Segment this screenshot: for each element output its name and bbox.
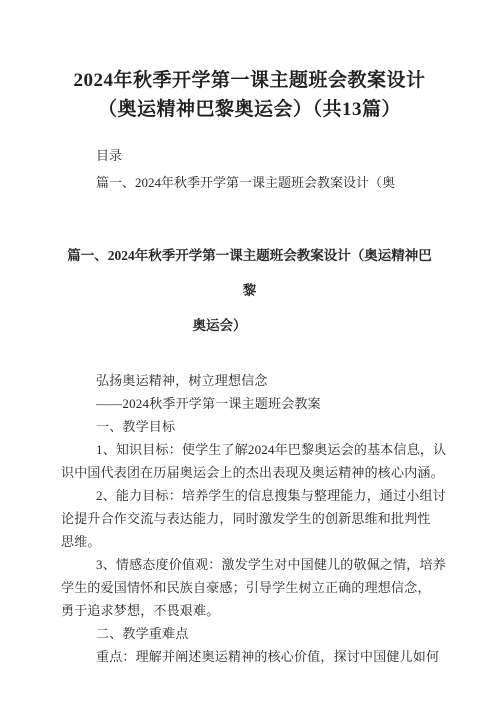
body-line: 一、教学目标 [61, 415, 438, 438]
document-body: 弘扬奥运精神，树立理想信念 ——2024秋季开学第一课主题班会教案 一、教学目标… [61, 369, 438, 668]
body-line: 勇于追求梦想，不畏艰难。 [61, 599, 438, 622]
section-heading-line-2: 奥运会） [61, 308, 438, 343]
body-line: 论提升合作交流与表达能力，同时激发学生的创新思维和批判性 [61, 507, 438, 530]
toc-entry: 篇一、2024年秋季开学第一课主题班会教案设计（奥 [61, 171, 438, 194]
body-line: 重点：理解并阐述奥运精神的核心价值，探讨中国健儿如何 [61, 645, 438, 668]
body-line: 二、教学重难点 [61, 622, 438, 645]
body-line: 1、知识目标：使学生了解2024年巴黎奥运会的基本信息，认 [61, 438, 438, 461]
document-page: 2024年秋季开学第一课主题班会教案设计 （奥运精神巴黎奥运会）（共13篇） 目… [0, 0, 500, 707]
body-line: 弘扬奥运精神，树立理想信念 [61, 369, 438, 392]
document-title: 2024年秋季开学第一课主题班会教案设计 （奥运精神巴黎奥运会）（共13篇） [61, 66, 438, 124]
body-line: ——2024秋季开学第一课主题班会教案 [61, 392, 438, 415]
body-line: 识中国代表团在历届奥运会上的杰出表现及奥运精神的核心内涵。 [61, 461, 438, 484]
section-heading: 篇一、2024年秋季开学第一课主题班会教案设计（奥运精神巴黎 奥运会） [61, 238, 438, 343]
body-line: 2、能力目标：培养学生的信息搜集与整理能力，通过小组讨 [61, 484, 438, 507]
document-title-line-2: （奥运精神巴黎奥运会）（共13篇） [61, 95, 438, 124]
section-heading-line-1: 篇一、2024年秋季开学第一课主题班会教案设计（奥运精神巴黎 [61, 238, 438, 308]
toc-heading: 目录 [61, 144, 438, 167]
body-line: 学生的爱国情怀和民族自豪感；引导学生树立正确的理想信念， [61, 576, 438, 599]
document-title-line-1: 2024年秋季开学第一课主题班会教案设计 [61, 66, 438, 95]
body-line: 3、情感态度价值观：激发学生对中国健儿的敬佩之情，培养 [61, 553, 438, 576]
body-line: 思维。 [61, 530, 438, 553]
